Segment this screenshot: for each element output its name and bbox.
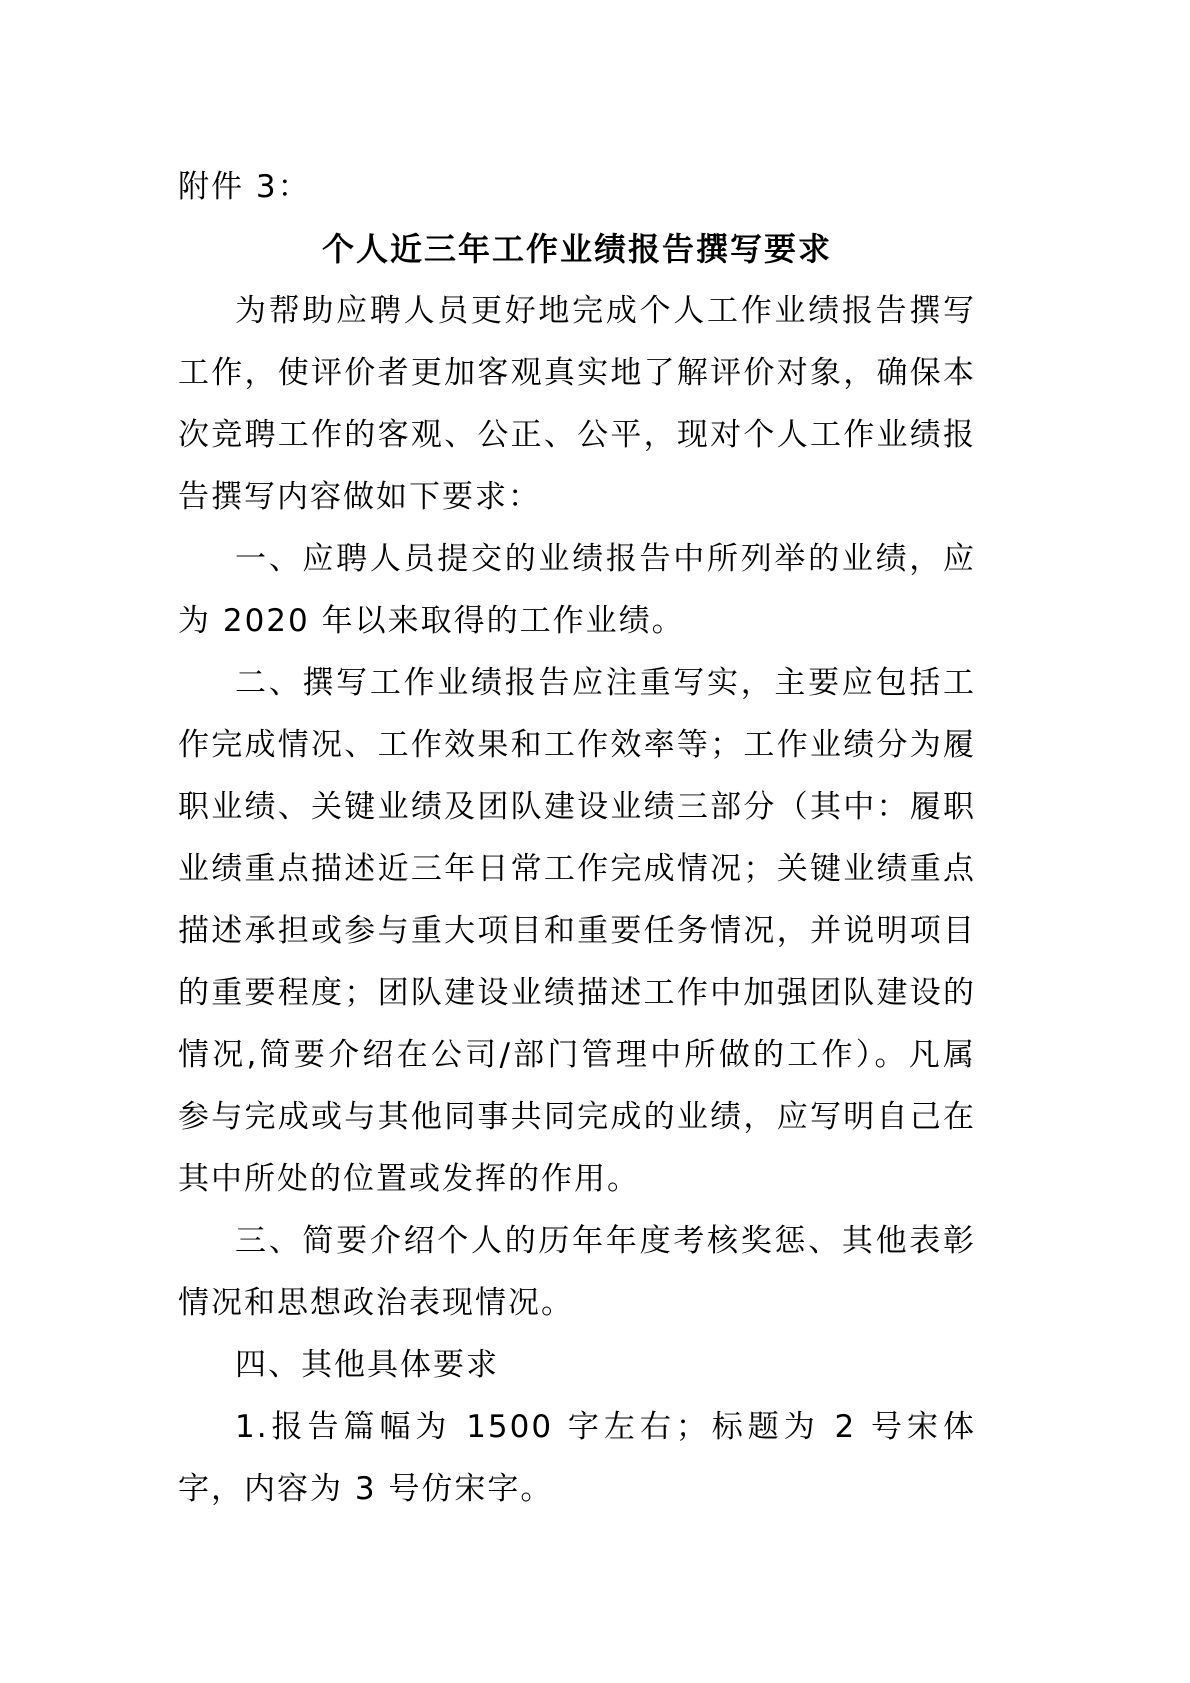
document-title: 个人近三年工作业绩报告撰写要求 — [178, 218, 976, 280]
document-page: 附件 3： 个人近三年工作业绩报告撰写要求 为帮助应聘人员更好地完成个人工作业绩… — [178, 156, 976, 1520]
paragraph-item-2: 二、撰写工作业绩报告应注重写实，主要应包括工作完成情况、工作效果和工作效率等；工… — [178, 652, 976, 1210]
attachment-label: 附件 3： — [178, 156, 976, 218]
paragraph-intro: 为帮助应聘人员更好地完成个人工作业绩报告撰写工作，使评价者更加客观真实地了解评价… — [178, 280, 976, 528]
paragraph-item-4: 四、其他具体要求 — [178, 1334, 976, 1396]
paragraph-sub-item-1: 1.报告篇幅为 1500 字左右；标题为 2 号宋体字，内容为 3 号仿宋字。 — [178, 1396, 976, 1520]
paragraph-item-1: 一、应聘人员提交的业绩报告中所列举的业绩，应为 2020 年以来取得的工作业绩。 — [178, 528, 976, 652]
paragraph-item-3: 三、简要介绍个人的历年年度考核奖惩、其他表彰情况和思想政治表现情况。 — [178, 1210, 976, 1334]
